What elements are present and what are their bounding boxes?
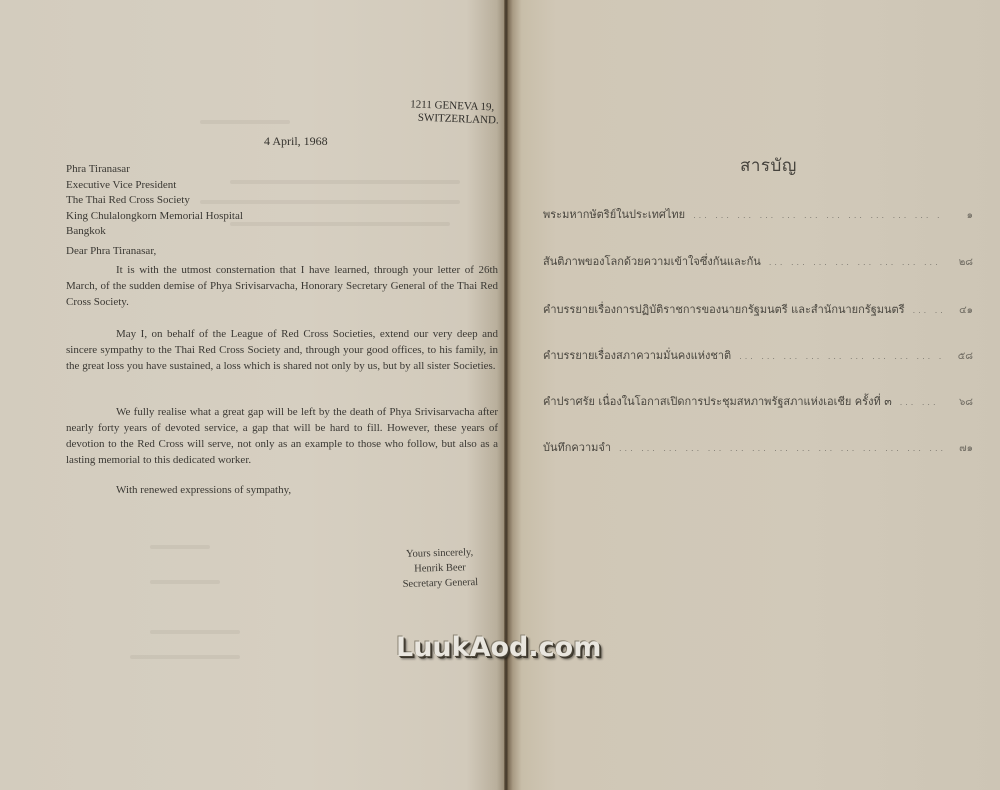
paragraph-text: May I, on behalf of the League of Red Cr… (66, 328, 498, 372)
toc-entry-page: ๖๘ (951, 395, 973, 410)
recipient-line: Executive Vice President (66, 178, 243, 194)
toc-entry: สันติภาพของโลกด้วยความเข้าใจซึ่งกันและกั… (543, 252, 973, 274)
bleed-through (200, 120, 290, 124)
bleed-through (230, 180, 460, 184)
toc-leader-dots: ... ... ... ... ... ... ... ... ... ... … (739, 352, 943, 361)
toc-leader-dots: ... ... ... ... ... ... ... ... ... ... … (913, 306, 943, 315)
toc-entry-label: คำปราศรัย เนื่องในโอกาสเปิดการประชุมสหภา… (543, 392, 892, 410)
toc-entry-page: ๕๘ (951, 349, 973, 364)
salutation: Dear Phra Tiranasar, (66, 245, 156, 257)
toc-entry: คำปราศรัย เนื่องในโอกาสเปิดการประชุมสหภา… (543, 392, 973, 414)
toc-entry-label: สันติภาพของโลกด้วยความเข้าใจซึ่งกันและกั… (543, 252, 761, 270)
bleed-through (150, 545, 210, 549)
letter-paragraph: May I, on behalf of the League of Red Cr… (66, 326, 498, 374)
toc-entry: บันทึกความจำ ... ... ... ... ... ... ...… (543, 438, 973, 460)
letterhead-address: 1211 GENEVA 19, SWITZERLAND. (410, 98, 501, 127)
bleed-through (230, 222, 450, 226)
toc-leader-dots: ... ... ... ... ... ... ... ... ... ... … (769, 258, 943, 267)
book-spine (504, 0, 508, 790)
toc-entry-page: ๔๑ (951, 303, 973, 318)
recipient-line: The Thai Red Cross Society (66, 193, 243, 209)
letter-paragraph: It is with the utmost consternation that… (66, 262, 498, 310)
toc-entry: พระมหากษัตริย์ในประเทศไทย ... ... ... ..… (543, 205, 973, 227)
toc-title: สารบัญ (740, 152, 797, 179)
toc-entry-page: ๑ (951, 208, 973, 223)
signature-title: Secretary General (380, 574, 500, 592)
toc-entry-label: คำบรรยายเรื่องสภาความมั่นคงแห่งชาติ (543, 346, 731, 364)
toc-leader-dots: ... ... ... ... ... ... ... ... ... ... … (693, 211, 943, 220)
toc-entry-label: คำบรรยายเรื่องการปฏิบัติราชการของนายกรัฐ… (543, 300, 905, 318)
bleed-through (130, 655, 240, 659)
toc-entry-page: ๒๘ (951, 255, 973, 270)
toc-entry: คำบรรยายเรื่องการปฏิบัติราชการของนายกรัฐ… (543, 300, 973, 322)
letter-paragraph: We fully realise what a great gap will b… (66, 404, 498, 468)
toc-leader-dots: ... ... ... ... ... ... ... ... ... ... … (900, 398, 943, 407)
recipient-line: Bangkok (66, 224, 243, 240)
bleed-through (150, 630, 240, 634)
paragraph-text: We fully realise what a great gap will b… (66, 406, 498, 466)
toc-entry-label: บันทึกความจำ (543, 438, 611, 456)
recipient-block: Phra Tiranasar Executive Vice President … (66, 162, 243, 240)
bleed-through (150, 580, 220, 584)
recipient-line: Phra Tiranasar (66, 162, 243, 178)
toc-leader-dots: ... ... ... ... ... ... ... ... ... ... … (619, 444, 943, 453)
toc-entry-page: ๗๑ (951, 441, 973, 456)
toc-entry-label: พระมหากษัตริย์ในประเทศไทย (543, 205, 685, 223)
toc-entry: คำบรรยายเรื่องสภาความมั่นคงแห่งชาติ ... … (543, 346, 973, 368)
closing-line: With renewed expressions of sympathy, (116, 484, 291, 496)
paragraph-text: It is with the utmost consternation that… (66, 264, 498, 308)
recipient-line: King Chulalongkorn Memorial Hospital (66, 209, 243, 225)
letter-date: 4 April, 1968 (264, 134, 328, 149)
watermark-logo: LuukAod.com (396, 632, 601, 663)
signature-block: Yours sincerely, Henrik Beer Secretary G… (379, 544, 500, 592)
